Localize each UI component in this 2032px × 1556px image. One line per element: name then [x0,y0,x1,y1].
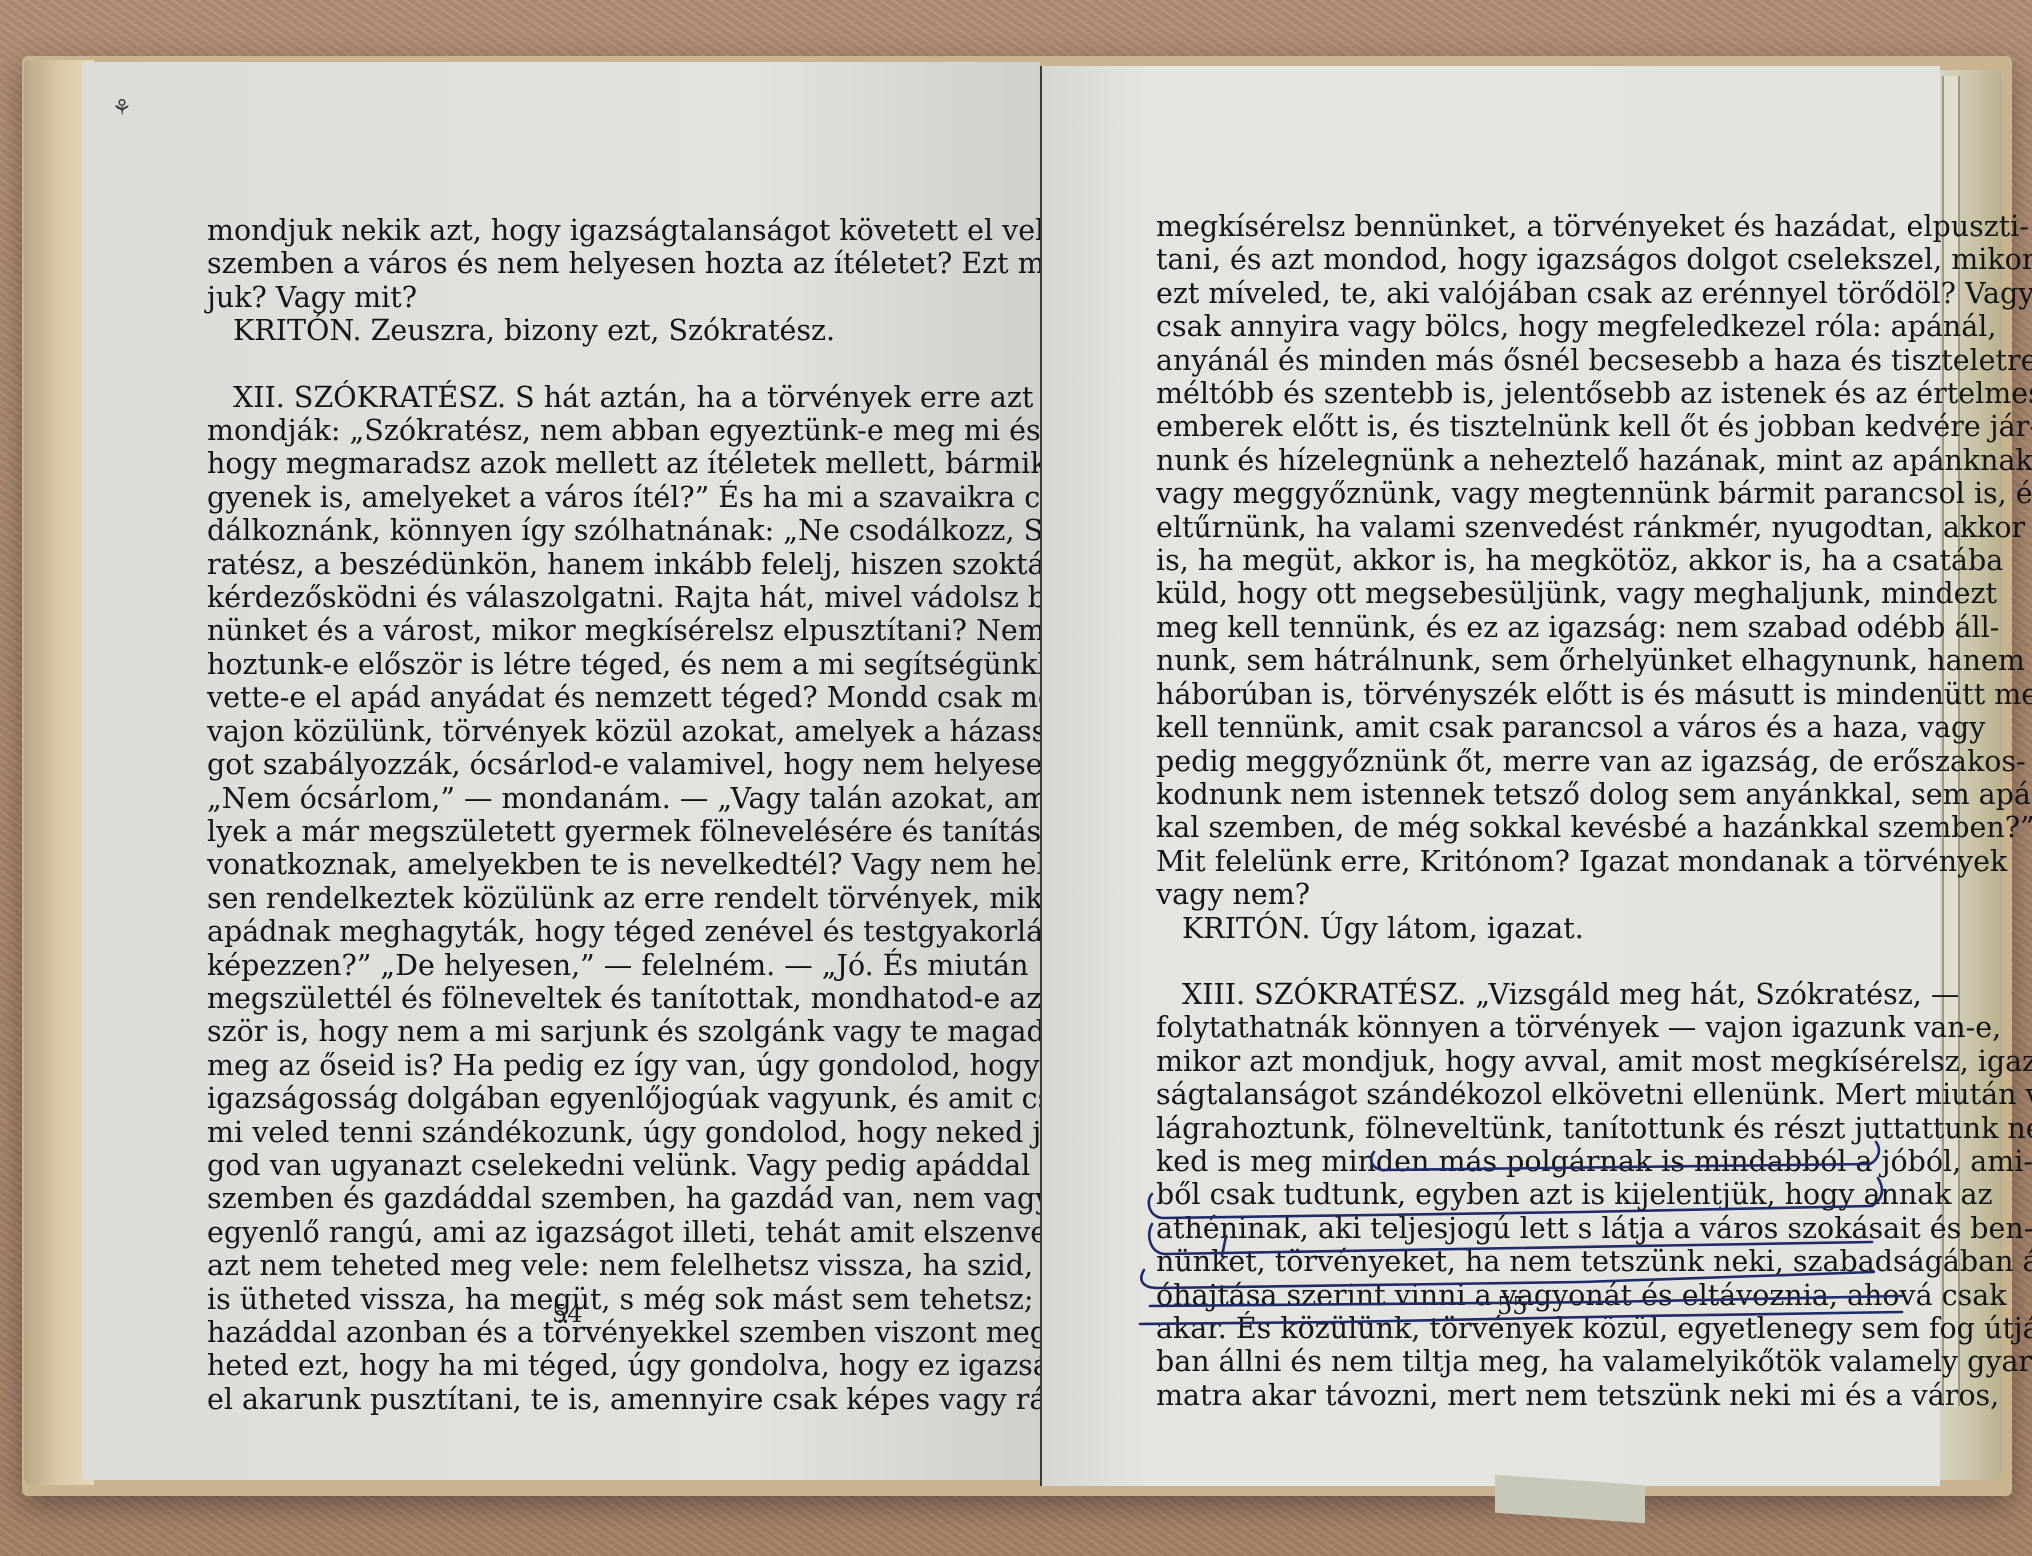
text-line: Mit felelünk erre, Kritónom? Igazat mond… [1156,845,1866,878]
text-line: ságtalanságot szándékozol elkövetni elle… [1156,1078,1866,1111]
text-line: hogy megmaradsz azok mellett az ítéletek… [207,447,994,480]
speaker-line: KRITÓN. Úgy látom, igazat. [1156,912,1866,945]
text-line: kell tennünk, amit csak parancsol a váro… [1156,711,1866,744]
section-heading-line: XIII. SZÓKRATÉSZ. „Vizsgáld meg hát, Szó… [1156,978,1866,1011]
text-line: got szabályozzák, ócsárlod-e valamivel, … [207,748,994,781]
text-line: juk? Vagy mit? [207,281,994,314]
text-line: anyánál és minden más ősnél becsesebb a … [1156,344,1866,377]
speaker-line: KRITÓN. Zeuszra, bizony ezt, Szókratész. [207,314,994,347]
right-page-text: megkísérelsz bennünket, a törvényeket és… [1156,210,1866,1412]
text-line: képezzen?” „De helyesen,” — felelném. — … [207,949,994,982]
text-line: ször is, hogy nem a mi sarjunk és szolgá… [207,1015,994,1048]
text-line: ratész, a beszédünkön, hanem inkább fele… [207,548,994,581]
pencil-margin-mark-icon: ⚘ [112,96,132,121]
text-line: vagy nem? [1156,878,1866,911]
text-line: emberek előtt is, és tisztelnünk kell őt… [1156,410,1866,443]
text-line: küld, hogy ott megsebesüljünk, vagy megh… [1156,577,1866,610]
text-line: kal szemben, de még sokkal kevésbé a haz… [1156,811,1866,844]
text-line: folytathatnák könnyen a törvények — vajo… [1156,1011,1866,1044]
text-line: vonatkoznak, amelyekben te is nevelkedté… [207,848,994,881]
text-line: nünket és a várost, mikor megkísérelsz e… [207,614,994,647]
page-number: 54 [552,1300,583,1328]
text-line: god van ugyanazt cselekedni velünk. Vagy… [207,1149,994,1182]
text-line: hoztunk-e először is létre téged, és nem… [207,648,994,681]
text-line: kodnunk nem istennek tetsző dolog sem an… [1156,778,1866,811]
page-number: 55 [1497,1292,1528,1320]
text-line: lyek a már megszületett gyermek fölnevel… [207,815,994,848]
text-line: mondják: „Szókratész, nem abban egyeztün… [207,414,994,447]
text-line: azt nem teheted meg vele: nem felelhetsz… [207,1249,994,1282]
text-line: is ütheted vissza, ha megüt, s még sok m… [207,1283,994,1316]
text-line: „Nem ócsárlom,” — mondanám. — „Vagy talá… [207,782,994,815]
text-line: sen rendelkeztek közülünk az erre rendel… [207,882,994,915]
underlined-text-line: matra akar távozni, mert nem tetszünk ne… [1156,1379,1866,1412]
section-heading-line: XII. SZÓKRATÉSZ. S hát aztán, ha a törvé… [207,381,994,414]
text-line: vette-e el apád anyádat és nemzett téged… [207,681,994,714]
text-line: is, ha megüt, akkor is, ha megkötöz, akk… [1156,544,1866,577]
text-line: ből csak tudtunk, egyben azt is kijelent… [1156,1178,1866,1211]
text-line: háborúban is, törvényszék előtt is és má… [1156,678,1866,711]
text-line: dálkoznánk, könnyen így szólhatnának: „N… [207,514,994,547]
text-line: ezt míveled, te, aki valójában csak az e… [1156,277,1866,310]
text-line: vagy meggyőznünk, vagy megtennünk bármit… [1156,477,1866,510]
text-line: mondjuk nekik azt, hogy igazságtalanságo… [207,214,994,247]
text-line: szemben és gazdáddal szemben, ha gazdád … [207,1182,994,1215]
text-line: megkísérelsz bennünket, a törvényeket és… [1156,210,1866,243]
text-line: szemben a város és nem helyesen hozta az… [207,247,994,280]
text-line: gyenek is, amelyeket a város ítél?” És h… [207,481,994,514]
text-line: csak annyira vagy bölcs, hogy megfeledke… [1156,310,1866,343]
left-page-text: mondjuk nekik azt, hogy igazságtalanságo… [207,214,994,1416]
underlined-text-line: nünket, törvényeket, ha nem tetszünk nek… [1156,1245,1866,1278]
text-line: méltóbb és szentebb is, jelentősebb az i… [1156,377,1866,410]
text-line: meg kell tennünk, és ez az igazság: nem … [1156,611,1866,644]
text-line: heted ezt, hogy ha mi téged, úgy gondolv… [207,1349,994,1382]
text-line: apádnak meghagyták, hogy téged zenével é… [207,915,994,948]
text-line: meg az őseid is? Ha pedig ez így van, úg… [207,1049,994,1082]
text-line: nunk, sem hátrálnunk, sem őrhelyünket el… [1156,644,1866,677]
text-line: ked is meg minden más polgárnak is minda… [1156,1145,1866,1178]
left-page: ⚘ mondjuk nekik azt, hogy igazságtalansá… [82,62,1040,1480]
text-line: mi veled tenni szándékozunk, úgy gondolo… [207,1116,994,1149]
text-line: tani, és azt mondod, hogy igazságos dolg… [1156,243,1866,276]
text-line: kérdezősködni és válaszolgatni. Rajta há… [207,581,994,614]
text-line: mikor azt mondjuk, hogy avval, amit most… [1156,1045,1866,1078]
text-line: hazáddal azonban és a törvényekkel szemb… [207,1316,994,1349]
text-line: egyenlő rangú, ami az igazságot illeti, … [207,1216,994,1249]
right-page: megkísérelsz bennünket, a törvényeket és… [1040,66,1940,1486]
text-line: el akarunk pusztítani, te is, amennyire … [207,1383,994,1416]
text-line: nunk és hízelegnünk a neheztelő hazának,… [1156,444,1866,477]
text-line: igazságosság dolgában egyenlőjogúak vagy… [207,1082,994,1115]
text-line: athéninak, aki teljesjogú lett s látja a… [1156,1212,1866,1245]
underlined-text-line: ban állni és nem tiltja meg, ha valamely… [1156,1345,1866,1378]
text-line: lágrahoztunk, fölneveltünk, tanítottunk … [1156,1112,1866,1145]
text-line: vajon közülünk, törvények közül azokat, … [207,715,994,748]
text-line: eltűrnünk, ha valami szenvedést ránkmér,… [1156,511,1866,544]
text-line: megszülettél és fölneveltek és tanította… [207,982,994,1015]
text-line: pedig meggyőznünk őt, merre van az igazs… [1156,745,1866,778]
